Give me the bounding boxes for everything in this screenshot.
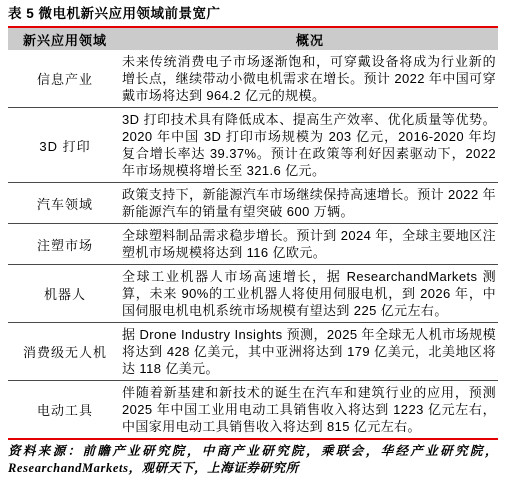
header-cell-field: 新兴应用领域 <box>8 30 122 49</box>
row-overview-text: 伴随着新基建和新技术的诞生在汽车和建筑行业的应用，预测 2025 年中国工业用电… <box>122 384 498 435</box>
row-field-label: 3D 打印 <box>8 111 122 179</box>
row-field-label: 注塑市场 <box>8 227 122 261</box>
header-cell-overview: 概况 <box>122 30 498 49</box>
row-overview-text: 据 Drone Industry Insights 预测，2025 年全球无人机… <box>122 326 498 377</box>
table-row: 消费级无人机 据 Drone Industry Insights 预测，2025… <box>8 322 498 380</box>
row-overview-text: 政策支持下，新能源汽车市场继续保持高速增长。预计 2022 年新能源汽车的销量有… <box>122 186 498 220</box>
table-row: 机器人 全球工业机器人市场高速增长，据 ResearchandMarkets 测… <box>8 264 498 322</box>
report-table-page: 表 5 微电机新兴应用领域前景宽广 新兴应用领域 概况 信息产业 未来传统消费电… <box>0 0 505 499</box>
row-overview-text: 全球塑料制品需求稳步增长。预计到 2024 年，全球主要地区注塑机市场规模将达到… <box>122 227 498 261</box>
row-overview-text: 全球工业机器人市场高速增长，据 ResearchandMarkets 测算，未来… <box>122 268 498 319</box>
row-field-label: 消费级无人机 <box>8 326 122 377</box>
table-title: 表 5 微电机新兴应用领域前景宽广 <box>8 5 498 22</box>
table-row: 注塑市场 全球塑料制品需求稳步增长。预计到 2024 年，全球主要地区注塑机市场… <box>8 223 498 264</box>
table-header-row: 新兴应用领域 概况 <box>8 28 498 50</box>
row-field-label: 机器人 <box>8 268 122 319</box>
row-field-label: 信息产业 <box>8 53 122 104</box>
row-field-label: 汽车领域 <box>8 186 122 220</box>
table-row: 电动工具 伴随着新基建和新技术的诞生在汽车和建筑行业的应用，预测 2025 年中… <box>8 380 498 438</box>
row-field-label: 电动工具 <box>8 384 122 435</box>
table-body: 信息产业 未来传统消费电子市场逐渐饱和，可穿戴设备将成为行业新的增长点，继续带动… <box>8 50 498 438</box>
table-row: 汽车领域 政策支持下，新能源汽车市场继续保持高速增长。预计 2022 年新能源汽… <box>8 182 498 223</box>
table-row: 3D 打印 3D 打印技术具有降低成本、提高生产效率、优化质量等优势。2020 … <box>8 107 498 182</box>
row-overview-text: 3D 打印技术具有降低成本、提高生产效率、优化质量等优势。2020 年中国 3D… <box>122 111 498 179</box>
row-overview-text: 未来传统消费电子市场逐渐饱和，可穿戴设备将成为行业新的增长点，继续带动小微电机需… <box>122 53 498 104</box>
table-row: 信息产业 未来传统消费电子市场逐渐饱和，可穿戴设备将成为行业新的增长点，继续带动… <box>8 50 498 107</box>
source-note: 资料来源：前瞻产业研究院，中商产业研究院，乘联会，华经产业研究院，Researc… <box>8 440 498 476</box>
table: 新兴应用领域 概况 信息产业 未来传统消费电子市场逐渐饱和，可穿戴设备将成为行业… <box>8 28 498 438</box>
